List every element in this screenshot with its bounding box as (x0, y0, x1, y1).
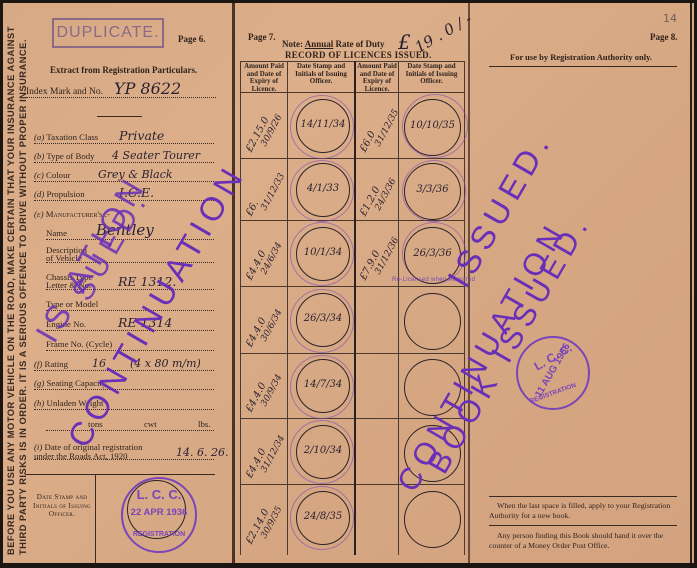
page-8-label: Page 8. (650, 32, 678, 42)
col-header-stamp-2: Date Stamp and Initials of Issuing Offic… (399, 63, 464, 86)
page-6-label: Page 6. (178, 34, 206, 44)
type-of-body-value: 4 Seater Tourer (112, 149, 200, 162)
col-header-amount-1: Amount Paid and Date of Expiry of Licenc… (241, 63, 287, 93)
divider (97, 116, 142, 117)
date-stamp-label: Date Stamp and Initials of Issuing Offic… (33, 493, 91, 519)
registration-book-spread: BEFORE YOU USE ANY MOTOR VEHICLE ON THE … (0, 0, 697, 568)
index-mark-row: Index Mark and No. YP 8622 (26, 87, 216, 98)
taxation-class-value: Private (119, 128, 164, 143)
page-8-rule-3 (489, 525, 677, 526)
warning-line-2: THIRD PARTY RISKS IS IN ORDER. IT IS A S… (18, 39, 28, 555)
index-mark-label: Index Mark and No. (26, 87, 103, 97)
field-type-of-body: (b) Type of Body 4 Seater Tourer (34, 150, 214, 163)
index-mark-value: YP 8622 (114, 79, 181, 98)
field-taxation-class: (a) Taxation Class Private (34, 131, 214, 144)
page-7-label: Page 7. (248, 32, 276, 42)
finder-note: Any person finding this Book should hand… (489, 531, 679, 550)
page-8-top-rule (489, 66, 677, 67)
page-fold-left (232, 0, 235, 568)
page-6-heading: Extract from Registration Particulars. (50, 65, 197, 75)
empty-stamp-circle-4 (404, 293, 461, 350)
field-original-registration: (i) Date of original registration under … (34, 447, 214, 460)
page-8-rule-2 (489, 496, 677, 497)
empty-stamp-circle-7 (404, 491, 461, 548)
stamp-box-divider (95, 474, 96, 564)
col-header-amount-2: Amount Paid and Date of Expiry of Licenc… (356, 63, 398, 93)
warning-line-1: BEFORE YOU USE ANY MOTOR VEHICLE ON THE … (6, 26, 16, 555)
lcc-stamp-22-apr-1936: L. C. C. 22 APR 1936 REGISTRATION (121, 477, 197, 553)
new-book-note: When the last space is filled, apply to … (489, 501, 679, 520)
duplicate-stamp: DUPLICATE. (52, 18, 164, 48)
record-heading: RECORD OF LICENCES ISSUED. (285, 50, 432, 60)
page-8-heading: For use by Registration Authority only. (510, 52, 652, 62)
original-registration-value: 14. 6. 26. (176, 446, 228, 459)
pencil-note: 14 (663, 12, 677, 25)
col-header-stamp-1: Date Stamp and Initials of Issuing Offic… (288, 63, 354, 86)
duty-note: Note: Annual Rate of Duty (282, 39, 385, 49)
bottom-rule (25, 474, 215, 475)
right-page-edge (690, 0, 692, 568)
